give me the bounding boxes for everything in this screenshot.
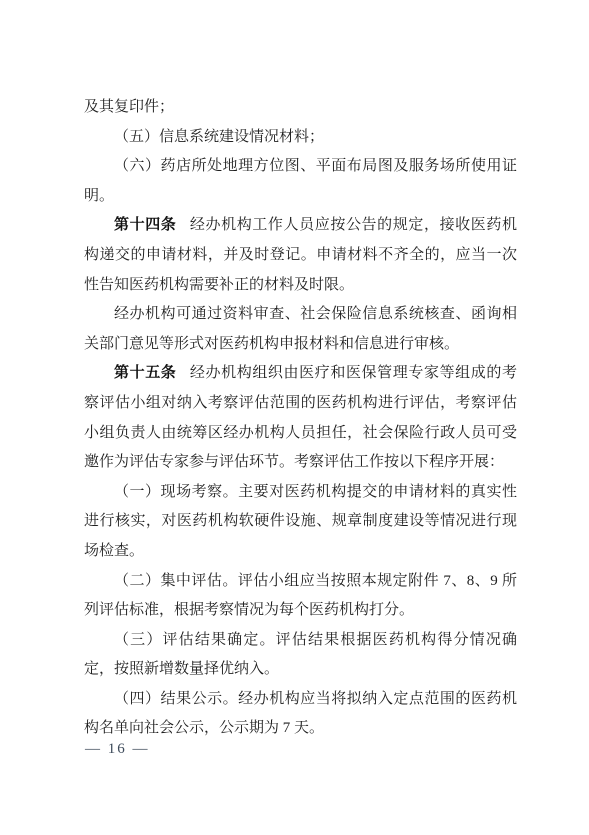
article-number-heading: 第十四条 (114, 217, 176, 233)
list-item-paragraph: （三）评估结果确定。评估结果根据医药机构得分情况确定，按照新增数量择优纳入。 (84, 626, 517, 685)
article-text: 经办机构组织由医疗和医保管理专家等组成的考察评估小组对纳入考察评估范围的医药机构… (84, 365, 517, 470)
list-item-paragraph: （四）结果公示。经办机构应当将拟纳入定点范围的医药机构名单向社会公示，公示期为 … (84, 685, 517, 744)
list-item-paragraph: （一）现场考察。主要对医药机构提交的申请材料的真实性进行核实，对医药机构软硬件设… (84, 478, 517, 567)
list-item-paragraph: （二）集中评估。评估小组应当按照本规定附件 7、8、9 所列评估标准，根据考察情… (84, 567, 517, 626)
article-paragraph: 第十五条经办机构组织由医疗和医保管理专家等组成的考察评估小组对纳入考察评估范围的… (84, 359, 517, 477)
list-item-paragraph: （六）药店所处地理方位图、平面布局图及服务场所使用证明。 (84, 152, 517, 211)
article-number-heading: 第十五条 (114, 365, 176, 381)
article-paragraph: 第十四条经办机构工作人员应按公告的规定，接收医药机构递交的申请材料，并及时登记。… (84, 211, 517, 300)
page-number: — 16 — (85, 741, 150, 758)
body-paragraph: 经办机构可通过资料审查、社会保险信息系统核查、函询相关部门意见等形式对医药机构申… (84, 300, 517, 359)
body-paragraph: 及其复印件； (84, 93, 517, 123)
list-item-paragraph: （五）信息系统建设情况材料； (84, 123, 517, 153)
document-page: 及其复印件； （五）信息系统建设情况材料； （六）药店所处地理方位图、平面布局图… (0, 0, 589, 835)
document-body: 及其复印件； （五）信息系统建设情况材料； （六）药店所处地理方位图、平面布局图… (84, 93, 517, 744)
